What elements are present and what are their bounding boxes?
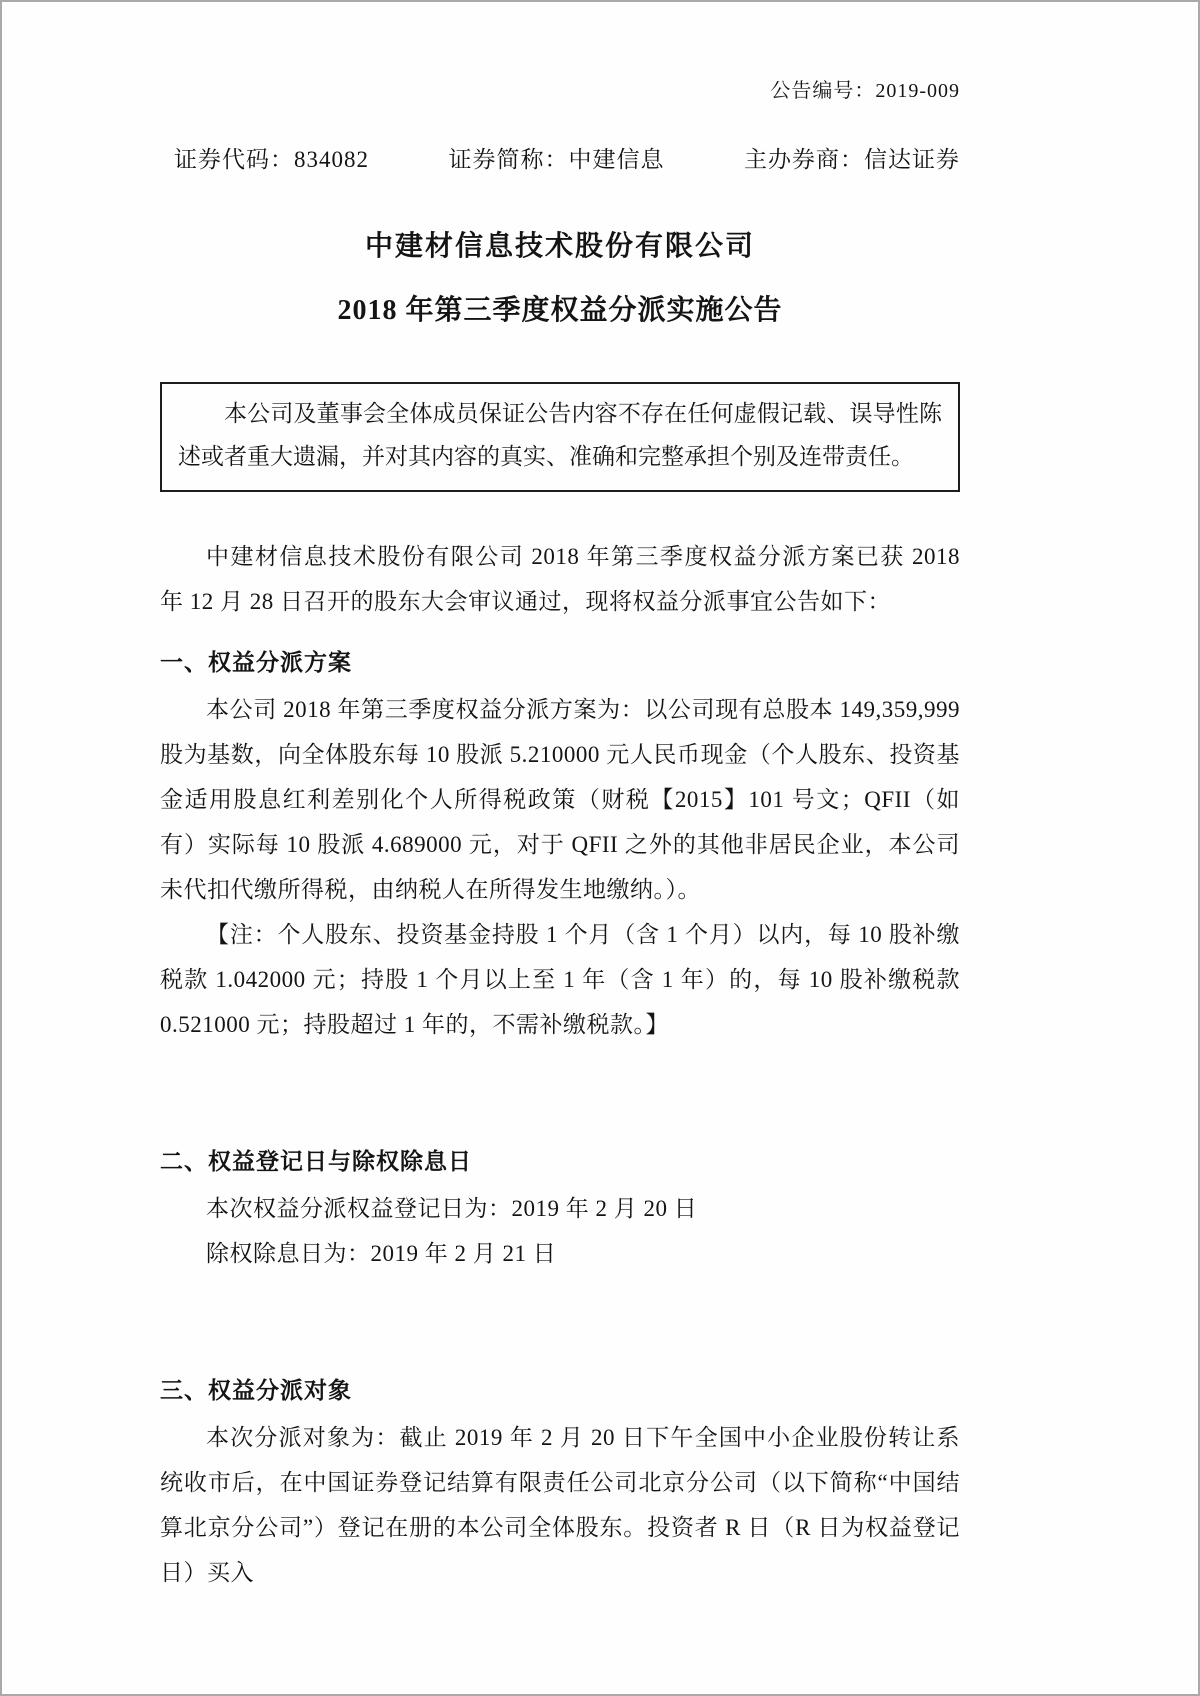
- section-heading-3: 三、权益分派对象: [160, 1372, 960, 1405]
- section-body: 本次分派对象为：截止 2019 年 2 月 20 日下午全国中小企业股份转让系统…: [160, 1415, 960, 1595]
- disclaimer-box: 本公司及董事会全体成员保证公告内容不存在任何虚假记载、误导性陈述或者重大遗漏，并…: [160, 382, 960, 492]
- announcement-title: 2018 年第三季度权益分派实施公告: [160, 288, 960, 328]
- plan-paragraph: 本公司 2018 年第三季度权益分派方案为：以公司现有总股本 149,359,9…: [160, 687, 960, 912]
- company-name-title: 中建材信息技术股份有限公司: [160, 224, 960, 264]
- intro-paragraph: 中建材信息技术股份有限公司 2018 年第三季度权益分派方案已获 2018 年 …: [160, 534, 960, 624]
- ex-dividend-date-line: 除权除息日为：2019 年 2 月 21 日: [160, 1231, 960, 1276]
- securities-header: 证券代码：834082 证券简称：中建信息 主办券商：信达证券: [160, 141, 960, 174]
- securities-short-name: 证券简称：中建信息: [449, 141, 665, 174]
- securities-code: 证券代码：834082: [174, 141, 369, 174]
- section-distribution-target: 三、权益分派对象 本次分派对象为：截止 2019 年 2 月 20 日下午全国中…: [160, 1372, 960, 1595]
- announcement-number: 公告编号：2019-009: [160, 74, 960, 103]
- section-body: 本次权益分派权益登记日为：2019 年 2 月 20 日 除权除息日为：2019…: [160, 1186, 960, 1276]
- section-heading-1: 一、权益分派方案: [160, 644, 960, 677]
- section-body: 本公司 2018 年第三季度权益分派方案为：以公司现有总股本 149,359,9…: [160, 687, 960, 1047]
- target-paragraph: 本次分派对象为：截止 2019 年 2 月 20 日下午全国中小企业股份转让系统…: [160, 1415, 960, 1595]
- document-page: 公告编号：2019-009 证券代码：834082 证券简称：中建信息 主办券商…: [0, 0, 1200, 1696]
- section-record-date: 二、权益登记日与除权除息日 本次权益分派权益登记日为：2019 年 2 月 20…: [160, 1143, 960, 1276]
- sponsor-broker: 主办券商：信达证券: [744, 141, 960, 174]
- section-heading-2: 二、权益登记日与除权除息日: [160, 1143, 960, 1176]
- disclaimer-text: 本公司及董事会全体成员保证公告内容不存在任何虚假记载、误导性陈述或者重大遗漏，并…: [178, 392, 942, 478]
- record-date-line: 本次权益分派权益登记日为：2019 年 2 月 20 日: [160, 1186, 960, 1231]
- document-body: 公告编号：2019-009 证券代码：834082 证券简称：中建信息 主办券商…: [160, 2, 960, 1595]
- section-dividend-plan: 一、权益分派方案 本公司 2018 年第三季度权益分派方案为：以公司现有总股本 …: [160, 644, 960, 1047]
- tax-note-paragraph: 【注：个人股东、投资基金持股 1 个月（含 1 个月）以内，每 10 股补缴税款…: [160, 912, 960, 1047]
